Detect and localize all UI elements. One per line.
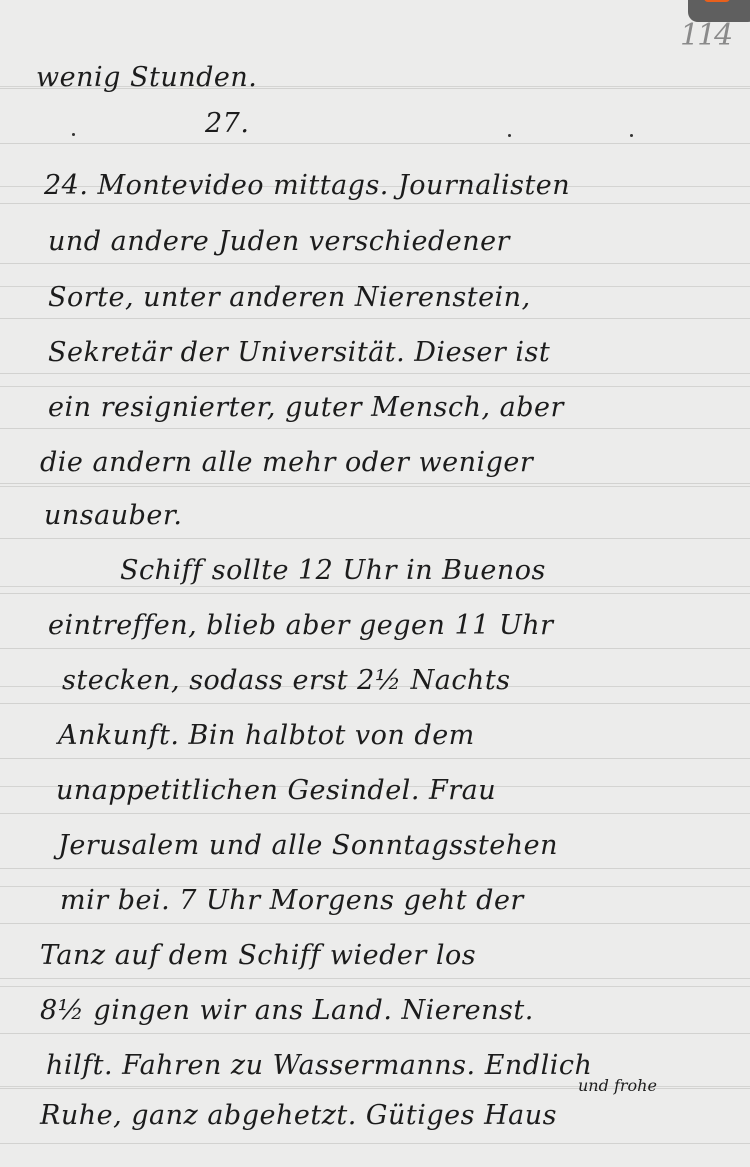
ruled-line bbox=[0, 1143, 750, 1144]
text-line: 8½ gingen wir ans Land. Nierenst. bbox=[40, 995, 534, 1026]
text-line: 24. Montevideo mittags. Journalisten bbox=[44, 170, 570, 201]
text-line: Ankunft. Bin halbtot von dem bbox=[58, 720, 475, 751]
text-line: die andern alle mehr oder weniger bbox=[40, 447, 533, 478]
ink-speck bbox=[508, 134, 511, 137]
ruled-line bbox=[0, 318, 750, 319]
entry-date: 27. bbox=[205, 108, 249, 139]
text-line: unappetitlichen Gesindel. Frau bbox=[56, 775, 496, 806]
text-line: und andere Juden verschiedener bbox=[48, 226, 510, 257]
text-line: Tanz auf dem Schiff wieder los bbox=[40, 940, 476, 971]
ruled-line bbox=[0, 923, 750, 924]
text-line: hilft. Fahren zu Wassermanns. Endlich bbox=[46, 1050, 592, 1081]
ruled-line bbox=[0, 593, 750, 594]
text-line: stecken, sodass erst 2½ Nachts bbox=[62, 665, 511, 696]
ink-speck bbox=[72, 133, 75, 136]
text-line: ein resignierter, guter Mensch, aber bbox=[48, 392, 564, 423]
interlinear-insertion: und frohe bbox=[578, 1076, 657, 1095]
text-line: wenig Stunden. bbox=[36, 62, 257, 93]
ruled-line bbox=[0, 758, 750, 759]
text-line: Sekretär der Universität. Dieser ist bbox=[48, 337, 550, 368]
ruled-line bbox=[0, 648, 750, 649]
ruled-line bbox=[0, 703, 750, 704]
page-number: 114 bbox=[680, 18, 731, 53]
text-line: Ruhe, ganz abgehetzt. Gütiges Haus bbox=[40, 1100, 557, 1131]
ruled-line bbox=[0, 263, 750, 264]
diary-page: 114 wenig Stunden. 27. 24. Montevideo mi… bbox=[0, 0, 750, 1167]
ruled-line bbox=[0, 373, 750, 374]
text-line: unsauber. bbox=[44, 500, 182, 531]
text-line: eintreffen, blieb aber gegen 11 Uhr bbox=[48, 610, 554, 641]
text-line: Sorte, unter anderen Nierenstein, bbox=[48, 282, 531, 313]
ruled-line bbox=[0, 428, 750, 429]
ruled-line bbox=[0, 978, 750, 979]
text-line: Schiff sollte 12 Uhr in Buenos bbox=[120, 555, 546, 586]
ruled-line bbox=[0, 538, 750, 539]
orange-indicator-icon bbox=[704, 0, 730, 2]
ruled-line bbox=[0, 203, 750, 204]
ruled-line bbox=[0, 1033, 750, 1034]
text-line: mir bei. 7 Uhr Morgens geht der bbox=[60, 885, 524, 916]
ink-speck bbox=[630, 134, 633, 137]
ruled-line bbox=[0, 868, 750, 869]
ruled-line bbox=[0, 813, 750, 814]
ruled-line bbox=[0, 483, 750, 484]
ruled-line bbox=[0, 143, 750, 144]
text-line: Jerusalem und alle Sonntagsstehen bbox=[58, 830, 558, 861]
